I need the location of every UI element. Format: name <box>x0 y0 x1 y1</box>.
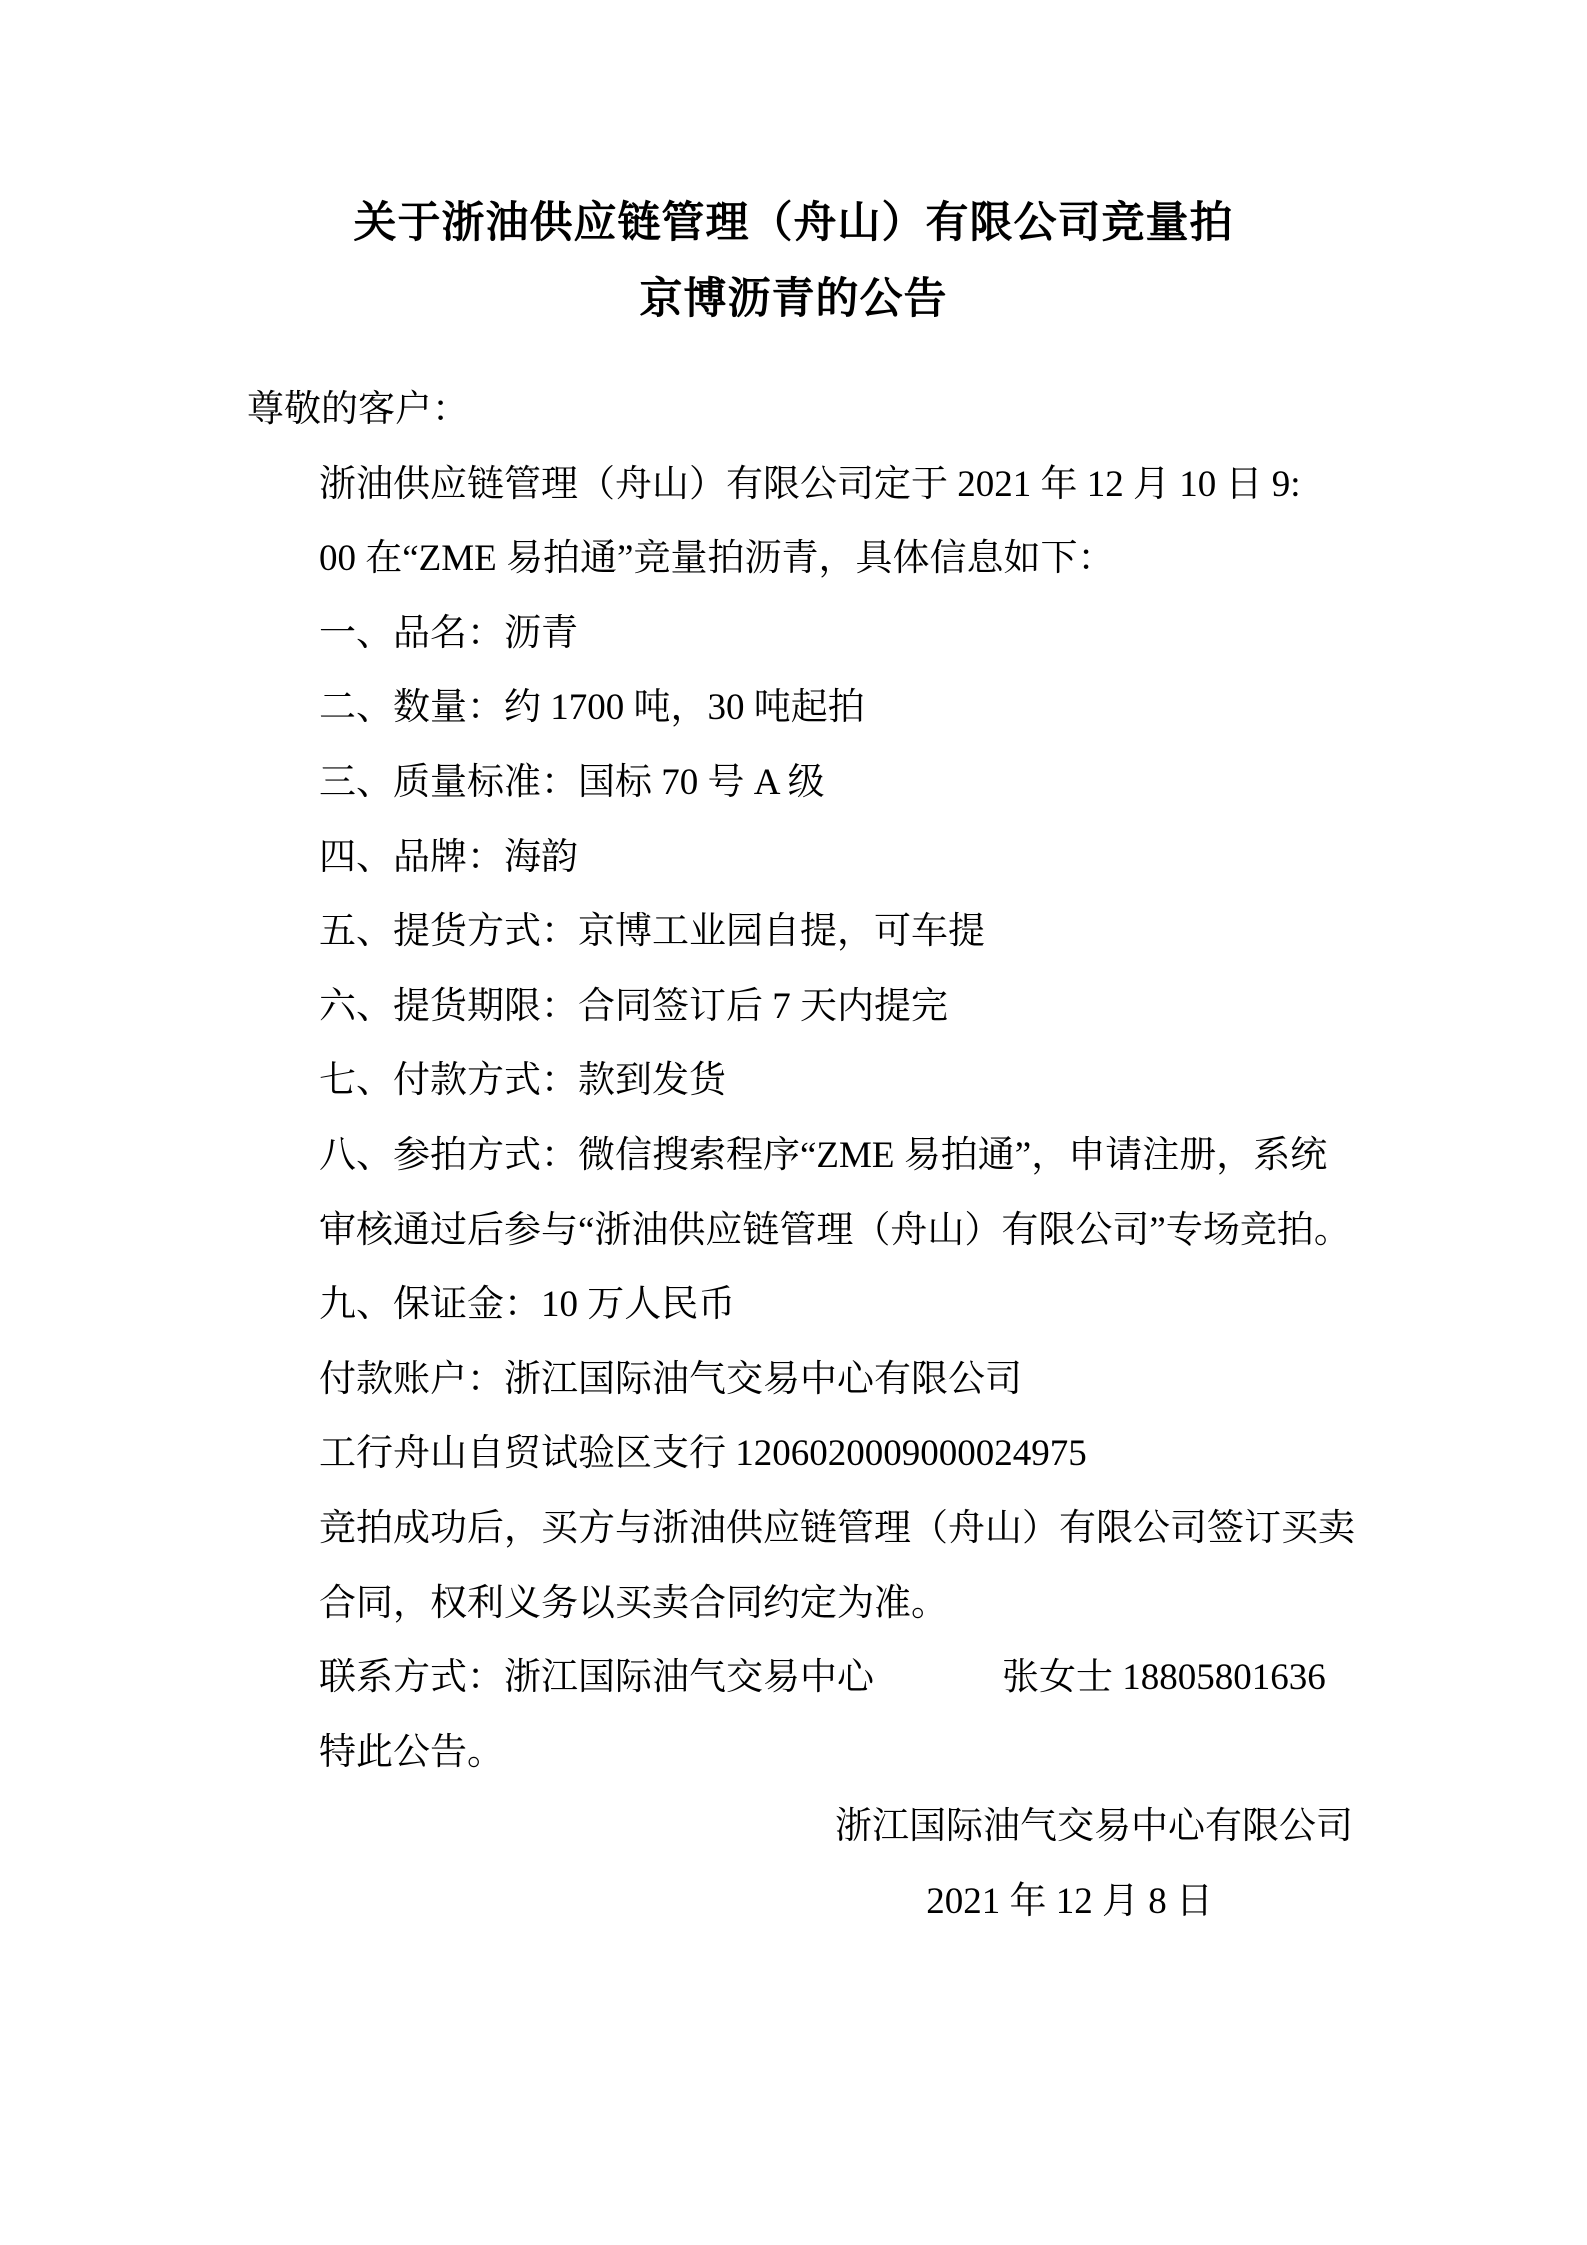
contract-note-line-2: 合同，权利义务以买卖合同约定为准。 <box>247 1567 1353 1642</box>
document-title: 关于浙油供应链管理（舟山）有限公司竞量拍 京博沥青的公告 <box>0 186 1587 338</box>
item-brand: 四、品牌：海韵 <box>247 821 1353 896</box>
item-pickup-method: 五、提货方式：京博工业园自提，可车提 <box>247 895 1353 970</box>
contact-person-phone: 张女士 18805801636 <box>1002 1657 1326 1698</box>
document-body: 尊敬的客户： 浙油供应链管理（舟山）有限公司定于 2021 年 12 月 10 … <box>247 373 1353 1939</box>
bank-account-number: 工行舟山自贸试验区支行 1206020009000024975 <box>247 1417 1353 1492</box>
title-line-1: 关于浙油供应链管理（舟山）有限公司竞量拍 <box>0 186 1587 262</box>
payment-account: 付款账户：浙江国际油气交易中心有限公司 <box>247 1343 1353 1418</box>
item-deposit: 九、保证金：10 万人民币 <box>247 1268 1353 1343</box>
item-quantity: 二、数量：约 1700 吨，30 吨起拍 <box>247 671 1353 746</box>
intro-line-1: 浙油供应链管理（舟山）有限公司定于 2021 年 12 月 10 日 9: <box>247 448 1353 523</box>
contract-note-line-1: 竞拍成功后，买方与浙油供应链管理（舟山）有限公司签订买卖 <box>247 1492 1353 1567</box>
salutation: 尊敬的客户： <box>247 373 1353 448</box>
signature-company: 浙江国际油气交易中心有限公司 <box>247 1790 1353 1865</box>
item-participation-line-1: 八、参拍方式：微信搜索程序“ZME 易拍通”，申请注册，系统 <box>247 1119 1353 1194</box>
item-pickup-deadline: 六、提货期限：合同签订后 7 天内提完 <box>247 970 1353 1045</box>
item-product-name: 一、品名：沥青 <box>247 597 1353 672</box>
item-payment-method: 七、付款方式：款到发货 <box>247 1044 1353 1119</box>
contact-prefix: 联系方式：浙江国际油气交易中心 <box>319 1657 874 1698</box>
contact-line: 联系方式：浙江国际油气交易中心张女士 18805801636 <box>247 1641 1353 1716</box>
signature-date: 2021 年 12 月 8 日 <box>247 1865 1353 1940</box>
closing-line: 特此公告。 <box>247 1716 1353 1791</box>
item-quality-standard: 三、质量标准：国标 70 号 A 级 <box>247 746 1353 821</box>
title-line-2: 京博沥青的公告 <box>0 262 1587 338</box>
item-participation-line-2: 审核通过后参与“浙油供应链管理（舟山）有限公司”专场竞拍。 <box>247 1194 1353 1269</box>
announcement-document: 关于浙油供应链管理（舟山）有限公司竞量拍 京博沥青的公告 尊敬的客户： 浙油供应… <box>0 0 1587 2245</box>
intro-line-2: 00 在“ZME 易拍通”竞量拍沥青，具体信息如下： <box>247 522 1353 597</box>
